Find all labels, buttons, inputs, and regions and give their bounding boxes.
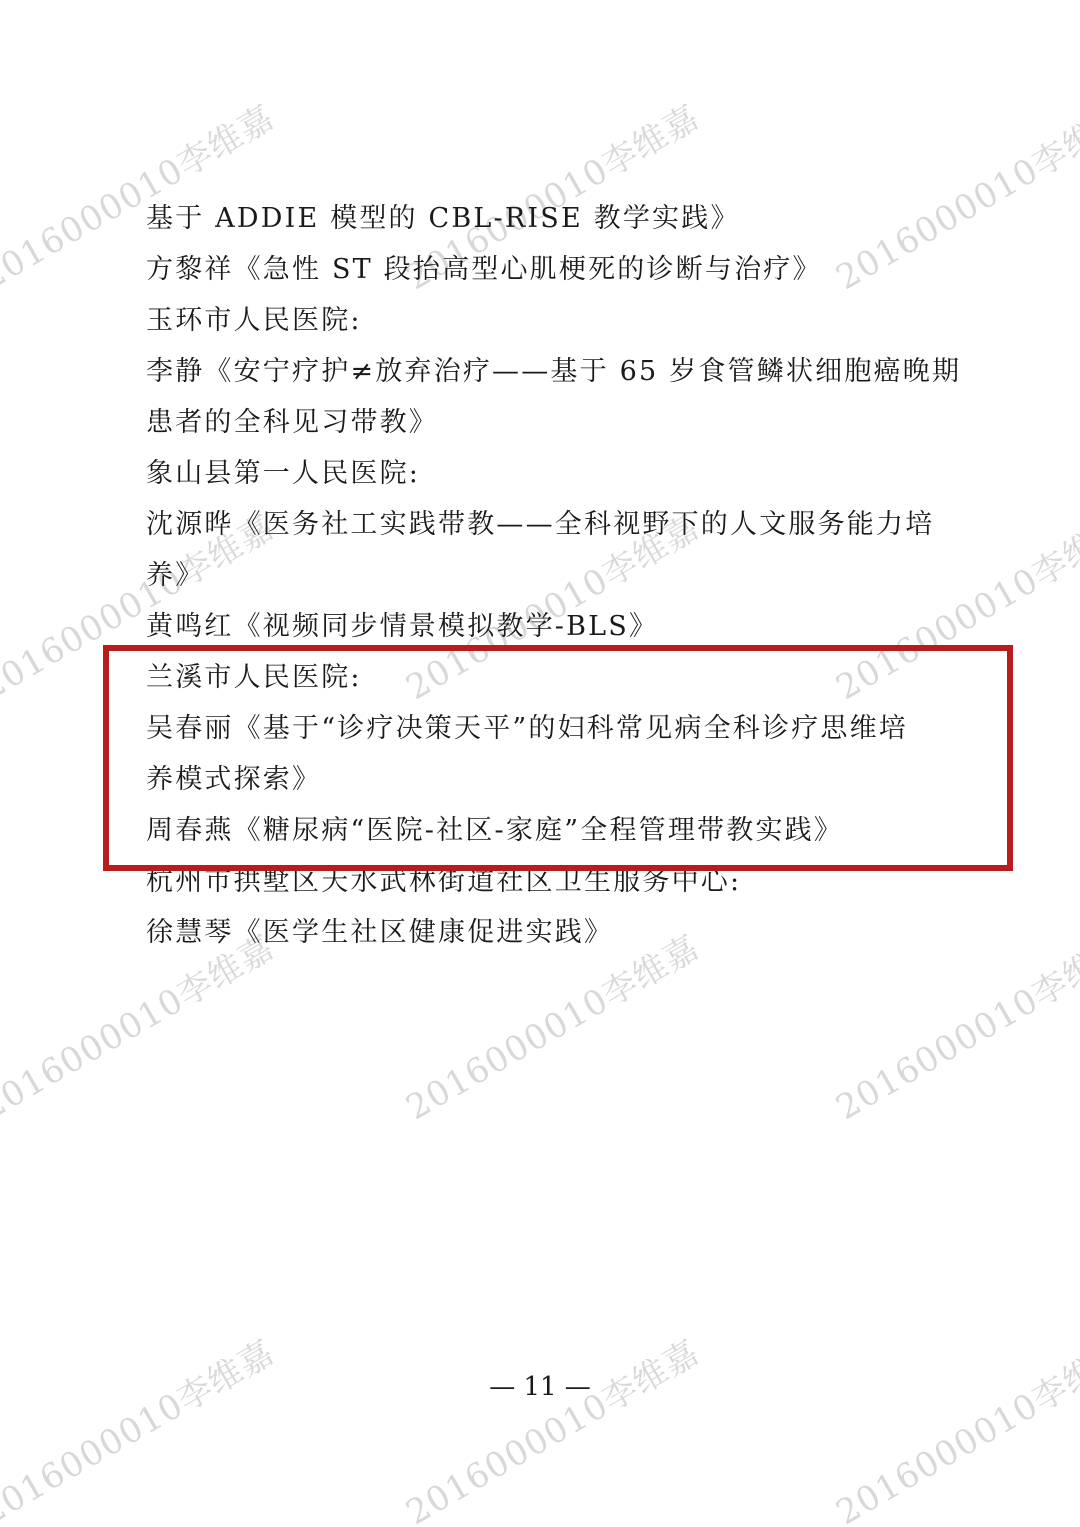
document-body: 基于 ADDIE 模型的 CBL-RISE 教学实践》 方黎祥《急性 ST 段抬… — [146, 193, 946, 958]
text-line-entry: 黄鸣红《视频同步情景模拟教学-BLS》 — [146, 601, 946, 652]
text-line-entry: 方黎祥《急性 ST 段抬高型心肌梗死的诊断与治疗》 — [146, 244, 946, 295]
text-line-entry: 李静《安宁疗护≠放弃治疗——基于 65 岁食管鳞状细胞癌晚期 — [146, 346, 946, 397]
document-page: 2016000010李维嘉 2016000010李维嘉 2016000010李维… — [0, 0, 1080, 1527]
text-line-entry: 徐慧琴《医学生社区健康促进实践》 — [146, 907, 946, 958]
text-line-entry-continuation: 患者的全科见习带教》 — [146, 397, 946, 448]
text-line-entry-continuation: 养》 — [146, 550, 946, 601]
text-line-institution: 玉环市人民医院: — [146, 295, 946, 346]
text-line-entry: 周春燕《糖尿病“医院-社区-家庭”全程管理带教实践》 — [146, 805, 946, 856]
text-line-entry: 吴春丽《基于“诊疗决策天平”的妇科常见病全科诊疗思维培 — [146, 703, 946, 754]
page-number: — 11 — — [0, 1372, 1080, 1402]
text-line-title-continuation: 基于 ADDIE 模型的 CBL-RISE 教学实践》 — [146, 193, 946, 244]
watermark: 2016000010李维嘉 — [0, 1326, 282, 1527]
watermark: 2016000010李维嘉 — [396, 1326, 707, 1527]
text-line-institution: 杭州市拱墅区天水武林街道社区卫生服务中心: — [146, 856, 946, 907]
text-line-entry: 沈源晔《医务社工实践带教——全科视野下的人文服务能力培 — [146, 499, 946, 550]
text-line-institution: 象山县第一人民医院: — [146, 448, 946, 499]
watermark: 2016000010李维嘉 — [826, 1326, 1080, 1527]
text-line-entry-continuation: 养模式探索》 — [146, 754, 946, 805]
text-line-institution: 兰溪市人民医院: — [146, 652, 946, 703]
